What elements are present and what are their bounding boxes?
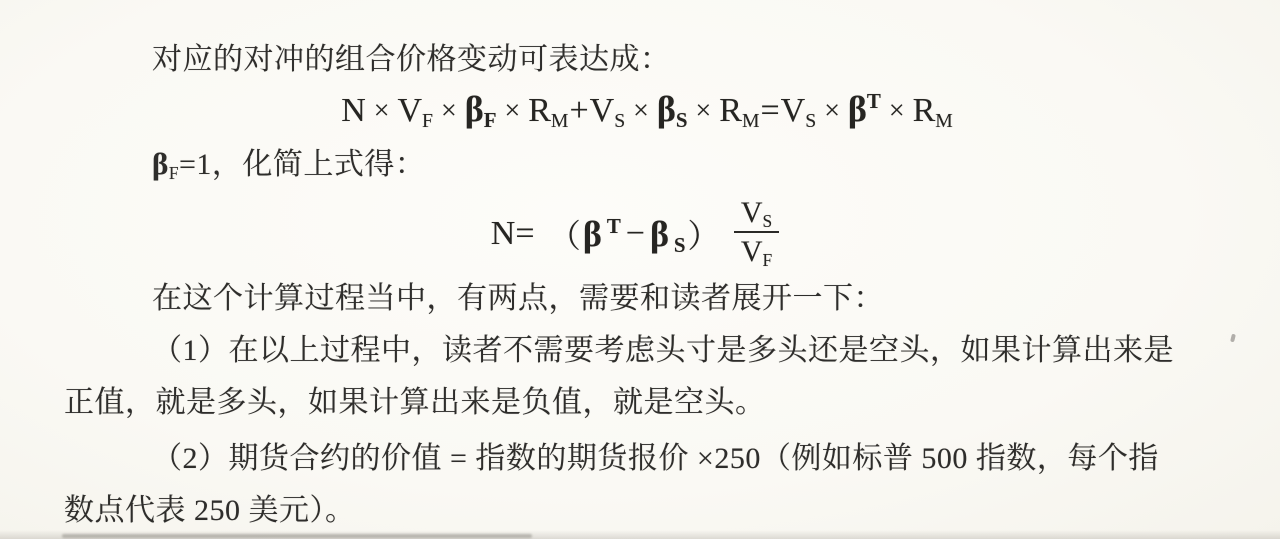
- formula-contract-count: N=（βT−βS）VSVF: [79, 191, 1191, 277]
- var-sub: F: [422, 110, 433, 132]
- var-base: R: [913, 92, 936, 129]
- page-edge-shadow: [0, 530, 1280, 539]
- f1-term-rm3: RM: [913, 92, 953, 129]
- var-base: R: [528, 92, 551, 129]
- f2-beta-s: βS: [650, 213, 686, 255]
- multiply-sign: ×: [696, 95, 712, 126]
- f1-term-beta-t: βT: [848, 89, 881, 129]
- beta-line-text: =1，化简上式得：: [179, 148, 425, 181]
- var-sub: M: [742, 110, 760, 132]
- var-sub: M: [551, 110, 569, 132]
- multiply-sign: ×: [633, 95, 649, 126]
- var-sub: F: [763, 250, 773, 270]
- fraction-numerator: VS: [734, 196, 779, 231]
- var-base: β: [465, 89, 484, 129]
- var-base: β: [650, 214, 669, 254]
- var-sub: S: [674, 233, 686, 257]
- text-column: 对应的对冲的组合价格变动可表达成： N×VF×βF×RM+VS×βS×RM=VS…: [64, 0, 1176, 537]
- var-base: β: [583, 214, 602, 254]
- formula-hedged-portfolio: N×VF×βF×RM+VS×βS×RM=VS×βT×RM: [91, 86, 1203, 132]
- beta-subscript: F: [169, 163, 179, 183]
- var-sub: M: [935, 110, 953, 132]
- document-page: 对应的对冲的组合价格变动可表达成： N×VF×βF×RM+VS×βS×RM=VS…: [0, 0, 1280, 539]
- var-base: V: [590, 92, 615, 129]
- var-base: β: [848, 89, 867, 129]
- beta-condition-paragraph: βF=1，化简上式得：: [64, 138, 1176, 191]
- var-base: V: [781, 92, 806, 129]
- var-base: V: [397, 92, 422, 129]
- var-sub: S: [805, 110, 816, 132]
- var-base: V: [741, 235, 763, 268]
- multiply-sign: ×: [889, 95, 905, 126]
- f1-term-rm2: RM: [719, 92, 759, 129]
- photo-speck: [1230, 334, 1236, 343]
- f1-term-vf: VF: [397, 92, 433, 129]
- f1-term-vs2: VS: [781, 92, 817, 129]
- plus-sign: +: [569, 92, 588, 129]
- var-sub: F: [484, 108, 497, 132]
- point-2-paragraph: （2）期货合约的价值 = 指数的期货报价 ×250（例如标普 500 指数，每个…: [64, 433, 1176, 537]
- minus-sign: −: [626, 215, 645, 253]
- var-sub: S: [763, 211, 773, 231]
- beta-symbol: β: [152, 146, 169, 181]
- f2-lhs: N=: [491, 215, 535, 253]
- var-sub: S: [614, 110, 625, 132]
- var-sup: T: [607, 214, 621, 238]
- point-1-paragraph: （1）在以上过程中，读者不需要考虑头寸是多头还是空头，如果计算出来是正值，就是多…: [64, 325, 1176, 429]
- intro-paragraph: 对应的对冲的组合价格变动可表达成：: [64, 34, 1176, 86]
- f1-term-n: N: [341, 92, 366, 129]
- multiply-sign: ×: [505, 95, 521, 126]
- multiply-sign: ×: [824, 95, 840, 126]
- f2-beta-t: βT: [583, 213, 621, 255]
- open-paren: （: [549, 211, 581, 257]
- var-sup: T: [867, 89, 881, 113]
- close-paren: ）: [688, 211, 720, 257]
- discussion-paragraph: 在这个计算过程当中，有两点，需要和读者展开一下：: [64, 273, 1176, 325]
- f1-term-rm: RM: [528, 92, 568, 129]
- var-sub: S: [676, 108, 688, 132]
- f1-term-beta-s: βS: [657, 89, 688, 129]
- equals-sign: =: [760, 92, 779, 129]
- f1-term-beta-f: βF: [465, 89, 497, 129]
- multiply-sign: ×: [374, 95, 390, 126]
- var-base: R: [719, 92, 742, 129]
- var-base: V: [741, 196, 763, 229]
- fraction-denominator: VF: [734, 231, 779, 269]
- f1-term-vs: VS: [590, 92, 626, 129]
- fraction-vs-over-vf: VSVF: [734, 196, 779, 268]
- multiply-sign: ×: [441, 95, 457, 126]
- var-base: β: [657, 89, 676, 129]
